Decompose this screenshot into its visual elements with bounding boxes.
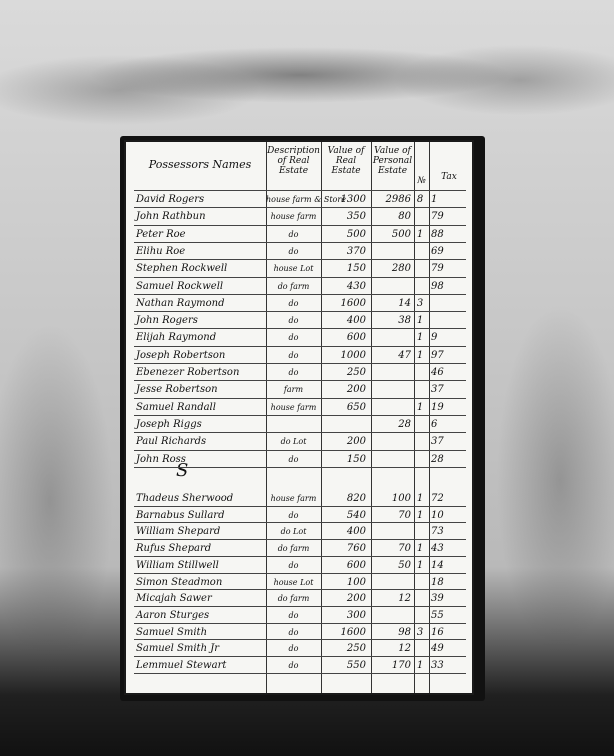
cell-name: William Stillwell <box>136 559 264 573</box>
cell-name: Peter Roe <box>136 228 264 242</box>
cell-real: 600 <box>321 331 366 345</box>
cell-polls: 1 <box>414 314 426 328</box>
cell-description: do farm <box>266 592 321 606</box>
cell-tax: 97 <box>431 349 461 363</box>
cell-tax: 72 <box>431 492 461 506</box>
cell-personal: 70 <box>371 509 411 523</box>
cell-name: Samuel Smith <box>136 626 264 640</box>
ledger-page: Possessors Names Description of Real Est… <box>124 140 474 695</box>
cell-name: Rufus Shepard <box>136 542 264 556</box>
cell-personal: 28 <box>371 418 411 432</box>
cell-polls: 1 <box>414 331 426 345</box>
cell-polls: 8 <box>414 193 426 207</box>
cell-name: Elihu Roe <box>136 245 264 259</box>
cell-name: Simon Steadmon <box>136 576 264 590</box>
row-rule <box>134 259 466 260</box>
cell-description: house Lot <box>266 576 321 590</box>
cell-tax: 49 <box>431 642 461 656</box>
cell-tax: 88 <box>431 228 461 242</box>
cell-polls: 1 <box>414 349 426 363</box>
cell-real: 150 <box>321 453 366 467</box>
cell-description: house farm <box>266 401 321 415</box>
cell-description: do <box>266 509 321 523</box>
cell-tax: 16 <box>431 626 461 640</box>
cell-description: do <box>266 366 321 380</box>
cell-real: 400 <box>321 525 366 539</box>
cell-tax: 98 <box>431 280 461 294</box>
cell-name: Elijah Raymond <box>136 331 264 345</box>
row-rule <box>134 415 466 416</box>
cell-polls: 1 <box>414 559 426 573</box>
cell-polls: 1 <box>414 492 426 506</box>
cell-tax: 79 <box>431 262 461 276</box>
cell-polls: 1 <box>414 509 426 523</box>
cell-tax: 55 <box>431 609 461 623</box>
cell-personal: 80 <box>371 210 411 224</box>
cell-description: house farm & Store <box>266 193 321 207</box>
cell-tax: 33 <box>431 659 461 673</box>
cell-real: 430 <box>321 280 366 294</box>
cell-personal: 38 <box>371 314 411 328</box>
cell-description: do <box>266 297 321 311</box>
cell-description: do <box>266 331 321 345</box>
header-names: Possessors Names <box>136 160 264 170</box>
cell-description: do <box>266 609 321 623</box>
cell-real: 1000 <box>321 349 366 363</box>
cell-personal: 14 <box>371 297 411 311</box>
cell-personal: 100 <box>371 492 411 506</box>
cell-real: 200 <box>321 383 366 397</box>
cell-tax: 6 <box>431 418 461 432</box>
cell-name: Aaron Sturges <box>136 609 264 623</box>
cell-tax: 69 <box>431 245 461 259</box>
cell-real: 550 <box>321 659 366 673</box>
cell-real: 300 <box>321 609 366 623</box>
header-real-value: Value of Real Estate <box>321 146 371 176</box>
cell-tax: 37 <box>431 383 461 397</box>
row-rule <box>134 294 466 295</box>
cell-tax: 9 <box>431 331 461 345</box>
cell-polls: 1 <box>414 659 426 673</box>
cell-real: 250 <box>321 366 366 380</box>
cell-real: 250 <box>321 642 366 656</box>
cell-name: Samuel Randall <box>136 401 264 415</box>
cell-real: 400 <box>321 314 366 328</box>
cell-real: 820 <box>321 492 366 506</box>
cell-tax: 46 <box>431 366 461 380</box>
cell-name: John Rogers <box>136 314 264 328</box>
cell-description: house farm <box>266 492 321 506</box>
cell-real: 150 <box>321 262 366 276</box>
cell-personal: 47 <box>371 349 411 363</box>
row-rule <box>134 328 466 329</box>
row-rule <box>134 363 466 364</box>
cell-real: 760 <box>321 542 366 556</box>
cell-real: 1300 <box>321 193 366 207</box>
cell-name: Nathan Raymond <box>136 297 264 311</box>
cell-polls: 3 <box>414 297 426 311</box>
cell-name: Samuel Smith Jr <box>136 642 264 656</box>
cell-name: Stephen Rockwell <box>136 262 264 276</box>
cell-description: do <box>266 245 321 259</box>
cell-real: 600 <box>321 559 366 573</box>
cell-name: John Rathbun <box>136 210 264 224</box>
header-polls: № <box>414 176 429 186</box>
cell-name: Jesse Robertson <box>136 383 264 397</box>
cell-polls: 1 <box>414 228 426 242</box>
cell-description: house Lot <box>266 262 321 276</box>
cell-description: do <box>266 314 321 328</box>
cell-description: do Lot <box>266 525 321 539</box>
header-rule <box>134 190 466 191</box>
cell-tax: 79 <box>431 210 461 224</box>
cell-real: 350 <box>321 210 366 224</box>
cell-tax: 1 <box>431 193 461 207</box>
cell-tax: 39 <box>431 592 461 606</box>
cell-real: 200 <box>321 592 366 606</box>
cell-name: Lemmuel Stewart <box>136 659 264 673</box>
row-rule <box>134 346 466 347</box>
cell-personal: 170 <box>371 659 411 673</box>
cell-name: John Ross <box>136 453 264 467</box>
cell-polls: 3 <box>414 626 426 640</box>
cell-description: do farm <box>266 542 321 556</box>
cell-personal: 2986 <box>371 193 411 207</box>
row-rule <box>134 311 466 312</box>
row-rule <box>134 242 466 243</box>
cell-name: Samuel Rockwell <box>136 280 264 294</box>
row-rule <box>134 277 466 278</box>
cell-description: do <box>266 453 321 467</box>
cell-real: 1600 <box>321 297 366 311</box>
row-rule <box>134 380 466 381</box>
cell-personal: 280 <box>371 262 411 276</box>
cell-personal: 12 <box>371 592 411 606</box>
cell-tax: 43 <box>431 542 461 556</box>
cell-real: 1600 <box>321 626 366 640</box>
cell-name: Thadeus Sherwood <box>136 492 264 506</box>
row-rule <box>134 467 466 468</box>
cell-polls: 1 <box>414 542 426 556</box>
cell-tax: 18 <box>431 576 461 590</box>
cell-name: Ebenezer Robertson <box>136 366 264 380</box>
cell-description: do <box>266 228 321 242</box>
cell-real: 500 <box>321 228 366 242</box>
cell-personal: 500 <box>371 228 411 242</box>
cell-description: farm <box>266 383 321 397</box>
cell-description: do <box>266 559 321 573</box>
cell-tax: 73 <box>431 525 461 539</box>
cell-description: do <box>266 642 321 656</box>
cell-description: do <box>266 659 321 673</box>
cell-real: 100 <box>321 576 366 590</box>
header-tax: Tax <box>429 172 469 182</box>
cell-description: do <box>266 626 321 640</box>
cell-real: 370 <box>321 245 366 259</box>
cell-tax: 14 <box>431 559 461 573</box>
cell-personal: 98 <box>371 626 411 640</box>
cell-name: Joseph Riggs <box>136 418 264 432</box>
cell-name: Barnabus Sullard <box>136 509 264 523</box>
header-description: Description of Real Estate <box>266 146 321 176</box>
row-rule <box>134 398 466 399</box>
cell-tax: 37 <box>431 435 461 449</box>
cell-name: William Shepard <box>136 525 264 539</box>
cell-description: house farm <box>266 210 321 224</box>
cell-name: David Rogers <box>136 193 264 207</box>
cell-name: Joseph Robertson <box>136 349 264 363</box>
cell-real: 540 <box>321 509 366 523</box>
cell-personal: 50 <box>371 559 411 573</box>
cell-real: 200 <box>321 435 366 449</box>
cell-tax: 10 <box>431 509 461 523</box>
cell-name: Paul Richards <box>136 435 264 449</box>
header-personal-value: Value of Personal Estate <box>371 146 414 176</box>
cell-tax: 19 <box>431 401 461 415</box>
cell-description: do Lot <box>266 435 321 449</box>
cell-personal: 70 <box>371 542 411 556</box>
row-rule <box>134 225 466 226</box>
row-rule <box>134 207 466 208</box>
cell-personal: 12 <box>371 642 411 656</box>
cell-tax: 28 <box>431 453 461 467</box>
row-rule <box>134 450 466 451</box>
cell-real: 650 <box>321 401 366 415</box>
cell-description: do <box>266 349 321 363</box>
row-rule <box>134 432 466 433</box>
cell-name: Micajah Sawer <box>136 592 264 606</box>
cell-description: do farm <box>266 280 321 294</box>
cell-polls: 1 <box>414 401 426 415</box>
